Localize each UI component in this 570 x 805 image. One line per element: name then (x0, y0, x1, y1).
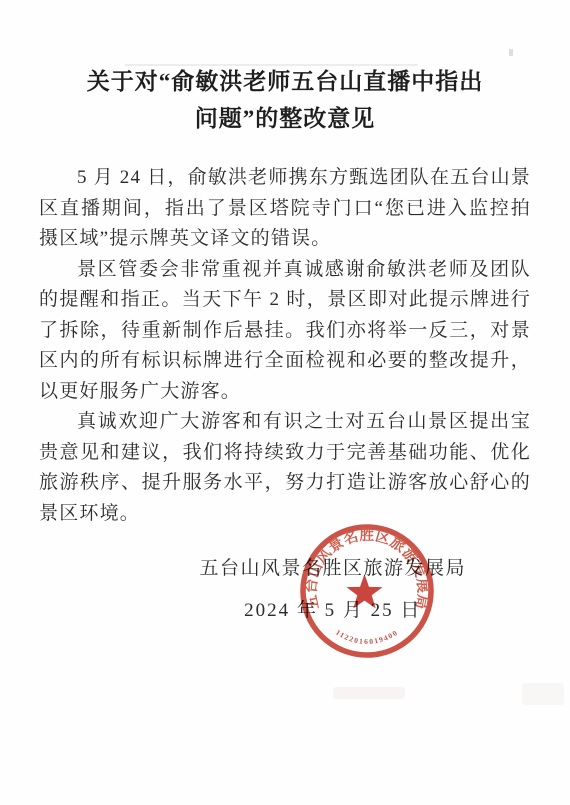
body-paragraph-2: 景区管委会非常重视并真诚感谢俞敏洪老师及团队的提醒和指正。当天下午 2 时，景区… (39, 255, 531, 408)
document-body: 5 月 24 日，俞敏洪老师携东方甄选团队在五台山景区直播期间，指出了景区塔院寺… (39, 163, 531, 529)
official-seal: 五台山风景名胜区旅游发展局 1122016019400 (292, 516, 442, 666)
scan-artifact-smudge (522, 683, 564, 705)
title-line-2: 问题”的整改意见 (0, 100, 570, 137)
document-title: 关于对“俞敏洪老师五台山直播中指出 问题”的整改意见 (0, 63, 570, 137)
scan-artifact-speck (509, 49, 513, 56)
seal-star-icon (346, 574, 382, 608)
body-paragraph-3: 真诚欢迎广大游客和有识之士对五台山景区提出宝贵意见和建议，我们将持续致力于完善基… (39, 407, 531, 529)
scan-artifact-smudge (333, 687, 405, 699)
title-line-1: 关于对“俞敏洪老师五台山直播中指出 (0, 63, 570, 100)
seal-code: 1122016019400 (334, 628, 400, 646)
body-paragraph-1: 5 月 24 日，俞敏洪老师携东方甄选团队在五台山景区直播期间，指出了景区塔院寺… (39, 163, 531, 255)
scanned-document-page: 关于对“俞敏洪老师五台山直播中指出 问题”的整改意见 5 月 24 日，俞敏洪老… (0, 0, 570, 805)
